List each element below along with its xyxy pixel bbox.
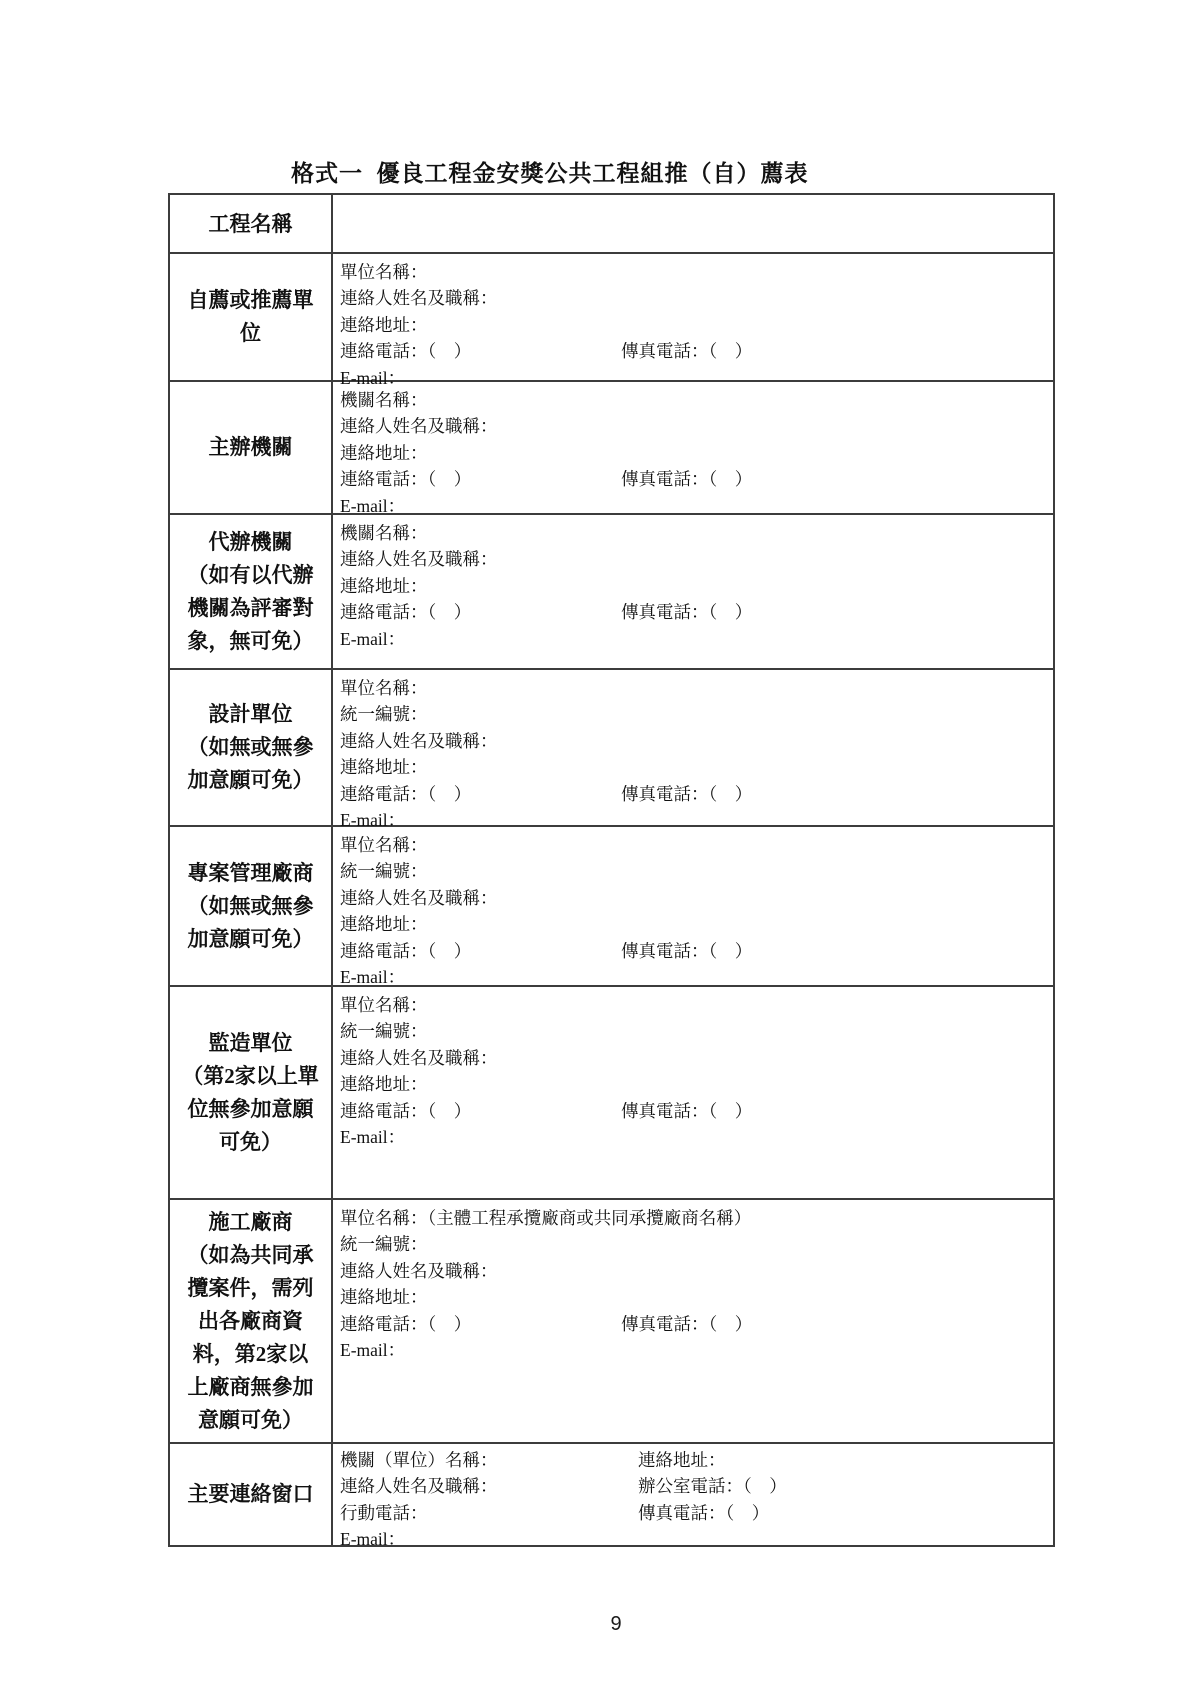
field-label: 傳真電話：（ ） (621, 599, 752, 625)
field-line: 連絡人姓名及職稱： (340, 546, 1047, 572)
field-label: 連絡人姓名及職稱： (340, 888, 498, 908)
field-label: 傳真電話：（ ） (621, 781, 752, 807)
field-line: 連絡電話：（ ）傳真電話：（ ） (340, 466, 1047, 492)
field-label: 傳真電話：（ ） (621, 338, 752, 364)
row-label-construction-contractor: 施工廠商 （如為共同承 攬案件，需列 出各廠商資 料，第2家以 上廠商無參加 意… (170, 1200, 333, 1442)
field-line: 機關名稱： (340, 520, 1047, 546)
field-line: 單位名稱：（主體工程承攬廠商或共同承攬廠商名稱） (340, 1205, 1047, 1231)
field-label: 傳真電話：（ ） (621, 466, 752, 492)
field-label: 單位名稱： (340, 835, 428, 855)
field-line: 連絡電話：（ ）傳真電話：（ ） (340, 1311, 1047, 1337)
row-content: 單位名稱： 統一編號： 連絡人姓名及職稱： 連絡地址： 連絡電話：（ ）傳真電話… (333, 827, 1053, 985)
table-row: 專案管理廠商 （如無或無參 加意願可免） 單位名稱： 統一編號： 連絡人姓名及職… (170, 827, 1053, 987)
field-line: 連絡人姓名及職稱： (340, 1045, 1047, 1071)
row-label-nominating-unit: 自薦或推薦單 位 (170, 254, 333, 380)
field-line: 單位名稱： (340, 832, 1047, 858)
row-content: 單位名稱： 連絡人姓名及職稱： 連絡地址： 連絡電話：（ ）傳真電話：（ ） E… (333, 254, 1053, 380)
field-label: E-mail： (340, 368, 405, 388)
table-row: 施工廠商 （如為共同承 攬案件，需列 出各廠商資 料，第2家以 上廠商無參加 意… (170, 1200, 1053, 1444)
field-label: E-mail： (340, 967, 405, 987)
page-number: 9 (604, 1613, 628, 1636)
field-label: 統一編號： (340, 861, 428, 881)
field-line: 連絡地址： (340, 312, 1047, 338)
row-label-pm-contractor: 專案管理廠商 （如無或無參 加意願可免） (170, 827, 333, 985)
field-line: 單位名稱： (340, 992, 1047, 1018)
field-line: 單位名稱： (340, 259, 1047, 285)
field-label: 連絡人姓名及職稱： (340, 288, 498, 308)
field-line: 統一編號： (340, 701, 1047, 727)
table-row: 主要連絡窗口 機關（單位）名稱：連絡地址： 連絡人姓名及職稱：辦公室電話：（ ）… (170, 1444, 1053, 1545)
field-line: 連絡人姓名及職稱： (340, 1258, 1047, 1284)
field-line: 連絡地址： (340, 573, 1047, 599)
row-label-main-contact: 主要連絡窗口 (170, 1444, 333, 1545)
form-table: 工程名稱 自薦或推薦單 位 單位名稱： 連絡人姓名及職稱： 連絡地址： 連絡電話… (168, 193, 1055, 1547)
field-label: 連絡地址： (340, 914, 428, 934)
field-line: 機關名稱： (340, 387, 1047, 413)
field-line: E-mail： (340, 1526, 1047, 1552)
field-line: 連絡人姓名及職稱： (340, 413, 1047, 439)
field-line: E-mail： (340, 626, 1047, 652)
field-label: 統一編號： (340, 1021, 428, 1041)
field-label: 連絡地址： (340, 443, 428, 463)
field-label: E-mail： (340, 629, 405, 649)
field-label: 連絡電話：（ ） (340, 341, 471, 361)
field-label: 連絡人姓名及職稱： (340, 1261, 498, 1281)
field-line: 連絡人姓名及職稱： (340, 728, 1047, 754)
field-line: 統一編號： (340, 1231, 1047, 1257)
field-label: 連絡地址： (340, 1287, 428, 1307)
row-label-organizer-agency: 主辦機關 (170, 382, 333, 513)
field-label: 機關名稱： (340, 390, 428, 410)
field-line: 連絡地址： (340, 440, 1047, 466)
field-line: 連絡地址： (340, 754, 1047, 780)
row-content: 單位名稱： 統一編號： 連絡人姓名及職稱： 連絡地址： 連絡電話：（ ）傳真電話… (333, 670, 1053, 825)
field-line: 連絡人姓名及職稱：辦公室電話：（ ） (340, 1473, 1047, 1499)
field-line: E-mail： (340, 964, 1047, 990)
field-label: E-mail： (340, 810, 405, 830)
field-label: 單位名稱： (340, 678, 428, 698)
row-content: 單位名稱： 統一編號： 連絡人姓名及職稱： 連絡地址： 連絡電話：（ ）傳真電話… (333, 987, 1053, 1198)
field-line: 連絡地址： (340, 1071, 1047, 1097)
field-label: E-mail： (340, 496, 405, 516)
field-label: E-mail： (340, 1529, 405, 1549)
field-label: 行動電話： (340, 1503, 428, 1523)
field-label: 單位名稱： (340, 262, 428, 282)
field-label: 連絡地址： (340, 1074, 428, 1094)
table-row: 設計單位 （如無或無參 加意願可免） 單位名稱： 統一編號： 連絡人姓名及職稱：… (170, 670, 1053, 827)
field-line: E-mail： (340, 1124, 1047, 1150)
field-line: 連絡人姓名及職稱： (340, 885, 1047, 911)
table-row: 工程名稱 (170, 195, 1053, 254)
field-label: 辦公室電話：（ ） (638, 1473, 787, 1499)
field-label: 連絡人姓名及職稱： (340, 1048, 498, 1068)
field-line: 連絡電話：（ ）傳真電話：（ ） (340, 938, 1047, 964)
row-content: 機關（單位）名稱：連絡地址： 連絡人姓名及職稱：辦公室電話：（ ） 行動電話：傳… (333, 1444, 1053, 1545)
table-row: 監造單位 （第2家以上單 位無參加意願 可免） 單位名稱： 統一編號： 連絡人姓… (170, 987, 1053, 1200)
field-line: 連絡地址： (340, 911, 1047, 937)
field-label: 單位名稱：（主體工程承攬廠商或共同承攬廠商名稱） (340, 1208, 751, 1228)
field-label: 連絡電話：（ ） (340, 602, 471, 622)
field-line: 連絡電話：（ ）傳真電話：（ ） (340, 338, 1047, 364)
field-label: 連絡電話：（ ） (340, 784, 471, 804)
row-content: 機關名稱： 連絡人姓名及職稱： 連絡地址： 連絡電話：（ ）傳真電話：（ ） E… (333, 382, 1053, 513)
field-line: 統一編號： (340, 1018, 1047, 1044)
field-label: 連絡電話：（ ） (340, 469, 471, 489)
field-label: 連絡地址： (638, 1447, 726, 1473)
field-line: 連絡電話：（ ）傳真電話：（ ） (340, 599, 1047, 625)
field-label: E-mail： (340, 1127, 405, 1147)
field-line: 連絡電話：（ ）傳真電話：（ ） (340, 1098, 1047, 1124)
field-line: 單位名稱： (340, 675, 1047, 701)
field-line: 統一編號： (340, 858, 1047, 884)
field-line: E-mail： (340, 1337, 1047, 1363)
field-label: 連絡人姓名及職稱： (340, 1476, 498, 1496)
field-label: 傳真電話：（ ） (621, 938, 752, 964)
field-line: E-mail： (340, 493, 1047, 519)
row-content: 單位名稱：（主體工程承攬廠商或共同承攬廠商名稱） 統一編號： 連絡人姓名及職稱：… (333, 1200, 1053, 1442)
field-label: 傳真電話：（ ） (621, 1098, 752, 1124)
project-name-value-cell (333, 195, 1053, 252)
field-label: 連絡地址： (340, 757, 428, 777)
field-label: 連絡人姓名及職稱： (340, 549, 498, 569)
field-label: 連絡人姓名及職稱： (340, 416, 498, 436)
row-label-project-name: 工程名稱 (170, 195, 333, 252)
field-line: 行動電話：傳真電話：（ ） (340, 1500, 1047, 1526)
table-row: 代辦機關 （如有以代辦 機關為評審對 象，無可免） 機關名稱： 連絡人姓名及職稱… (170, 515, 1053, 670)
field-label: 連絡地址： (340, 315, 428, 335)
field-label: 機關（單位）名稱： (340, 1450, 498, 1470)
field-label: 傳真電話：（ ） (638, 1500, 769, 1526)
table-row: 自薦或推薦單 位 單位名稱： 連絡人姓名及職稱： 連絡地址： 連絡電話：（ ）傳… (170, 254, 1053, 382)
field-label: 連絡電話：（ ） (340, 1314, 471, 1334)
field-label: 統一編號： (340, 1234, 428, 1254)
field-label: 傳真電話：（ ） (621, 1311, 752, 1337)
field-label: E-mail： (340, 1340, 405, 1360)
page-title: 格式一 優良工程金安獎公共工程組推（自）薦表 (291, 155, 809, 188)
field-label: 連絡電話：（ ） (340, 941, 471, 961)
field-label: 連絡地址： (340, 576, 428, 596)
row-label-design-unit: 設計單位 （如無或無參 加意願可免） (170, 670, 333, 825)
field-label: 連絡人姓名及職稱： (340, 731, 498, 751)
field-line: 連絡電話：（ ）傳真電話：（ ） (340, 781, 1047, 807)
field-line: 連絡人姓名及職稱： (340, 285, 1047, 311)
field-label: 機關名稱： (340, 523, 428, 543)
field-line: 連絡地址： (340, 1284, 1047, 1310)
field-label: 單位名稱： (340, 995, 428, 1015)
field-label: 連絡電話：（ ） (340, 1101, 471, 1121)
row-content: 機關名稱： 連絡人姓名及職稱： 連絡地址： 連絡電話：（ ）傳真電話：（ ） E… (333, 515, 1053, 668)
table-row: 主辦機關 機關名稱： 連絡人姓名及職稱： 連絡地址： 連絡電話：（ ）傳真電話：… (170, 382, 1053, 515)
field-line: 機關（單位）名稱：連絡地址： (340, 1447, 1047, 1473)
row-label-supervision-unit: 監造單位 （第2家以上單 位無參加意願 可免） (170, 987, 333, 1198)
field-label: 統一編號： (340, 704, 428, 724)
field-line: E-mail： (340, 807, 1047, 833)
row-label-delegate-agency: 代辦機關 （如有以代辦 機關為評審對 象，無可免） (170, 515, 333, 668)
